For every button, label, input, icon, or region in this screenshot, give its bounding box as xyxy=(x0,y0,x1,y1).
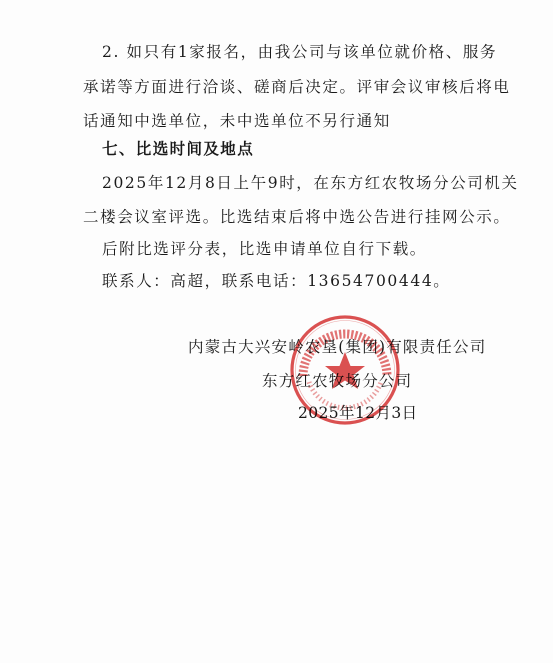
paragraph-contact: 联系人：高超，联系电话：13654700444。 xyxy=(102,271,450,291)
paragraph-time-line1: 2025年12月8日上午9时，在东方红农牧场分公司机关 xyxy=(102,173,519,193)
paragraph-item2-line2: 承诺等方面进行洽谈、磋商后决定。评审会议审核后将电 xyxy=(83,77,511,97)
official-seal-icon xyxy=(289,314,401,426)
section-heading-time-location: 七、比选时间及地点 xyxy=(102,139,254,159)
document-page: 2. 如只有1家报名，由我公司与该单位就价格、服务 承诺等方面进行洽谈、磋商后决… xyxy=(0,0,553,663)
paragraph-item2-line1: 2. 如只有1家报名，由我公司与该单位就价格、服务 xyxy=(102,42,497,62)
paragraph-item2-line3: 话通知中选单位，未中选单位不另行通知 xyxy=(83,111,391,131)
paragraph-time-line2: 二楼会议室评选。比选结束后将中选公告进行挂网公示。 xyxy=(83,207,511,227)
paragraph-attachment: 后附比选评分表，比选申请单位自行下载。 xyxy=(102,239,427,259)
